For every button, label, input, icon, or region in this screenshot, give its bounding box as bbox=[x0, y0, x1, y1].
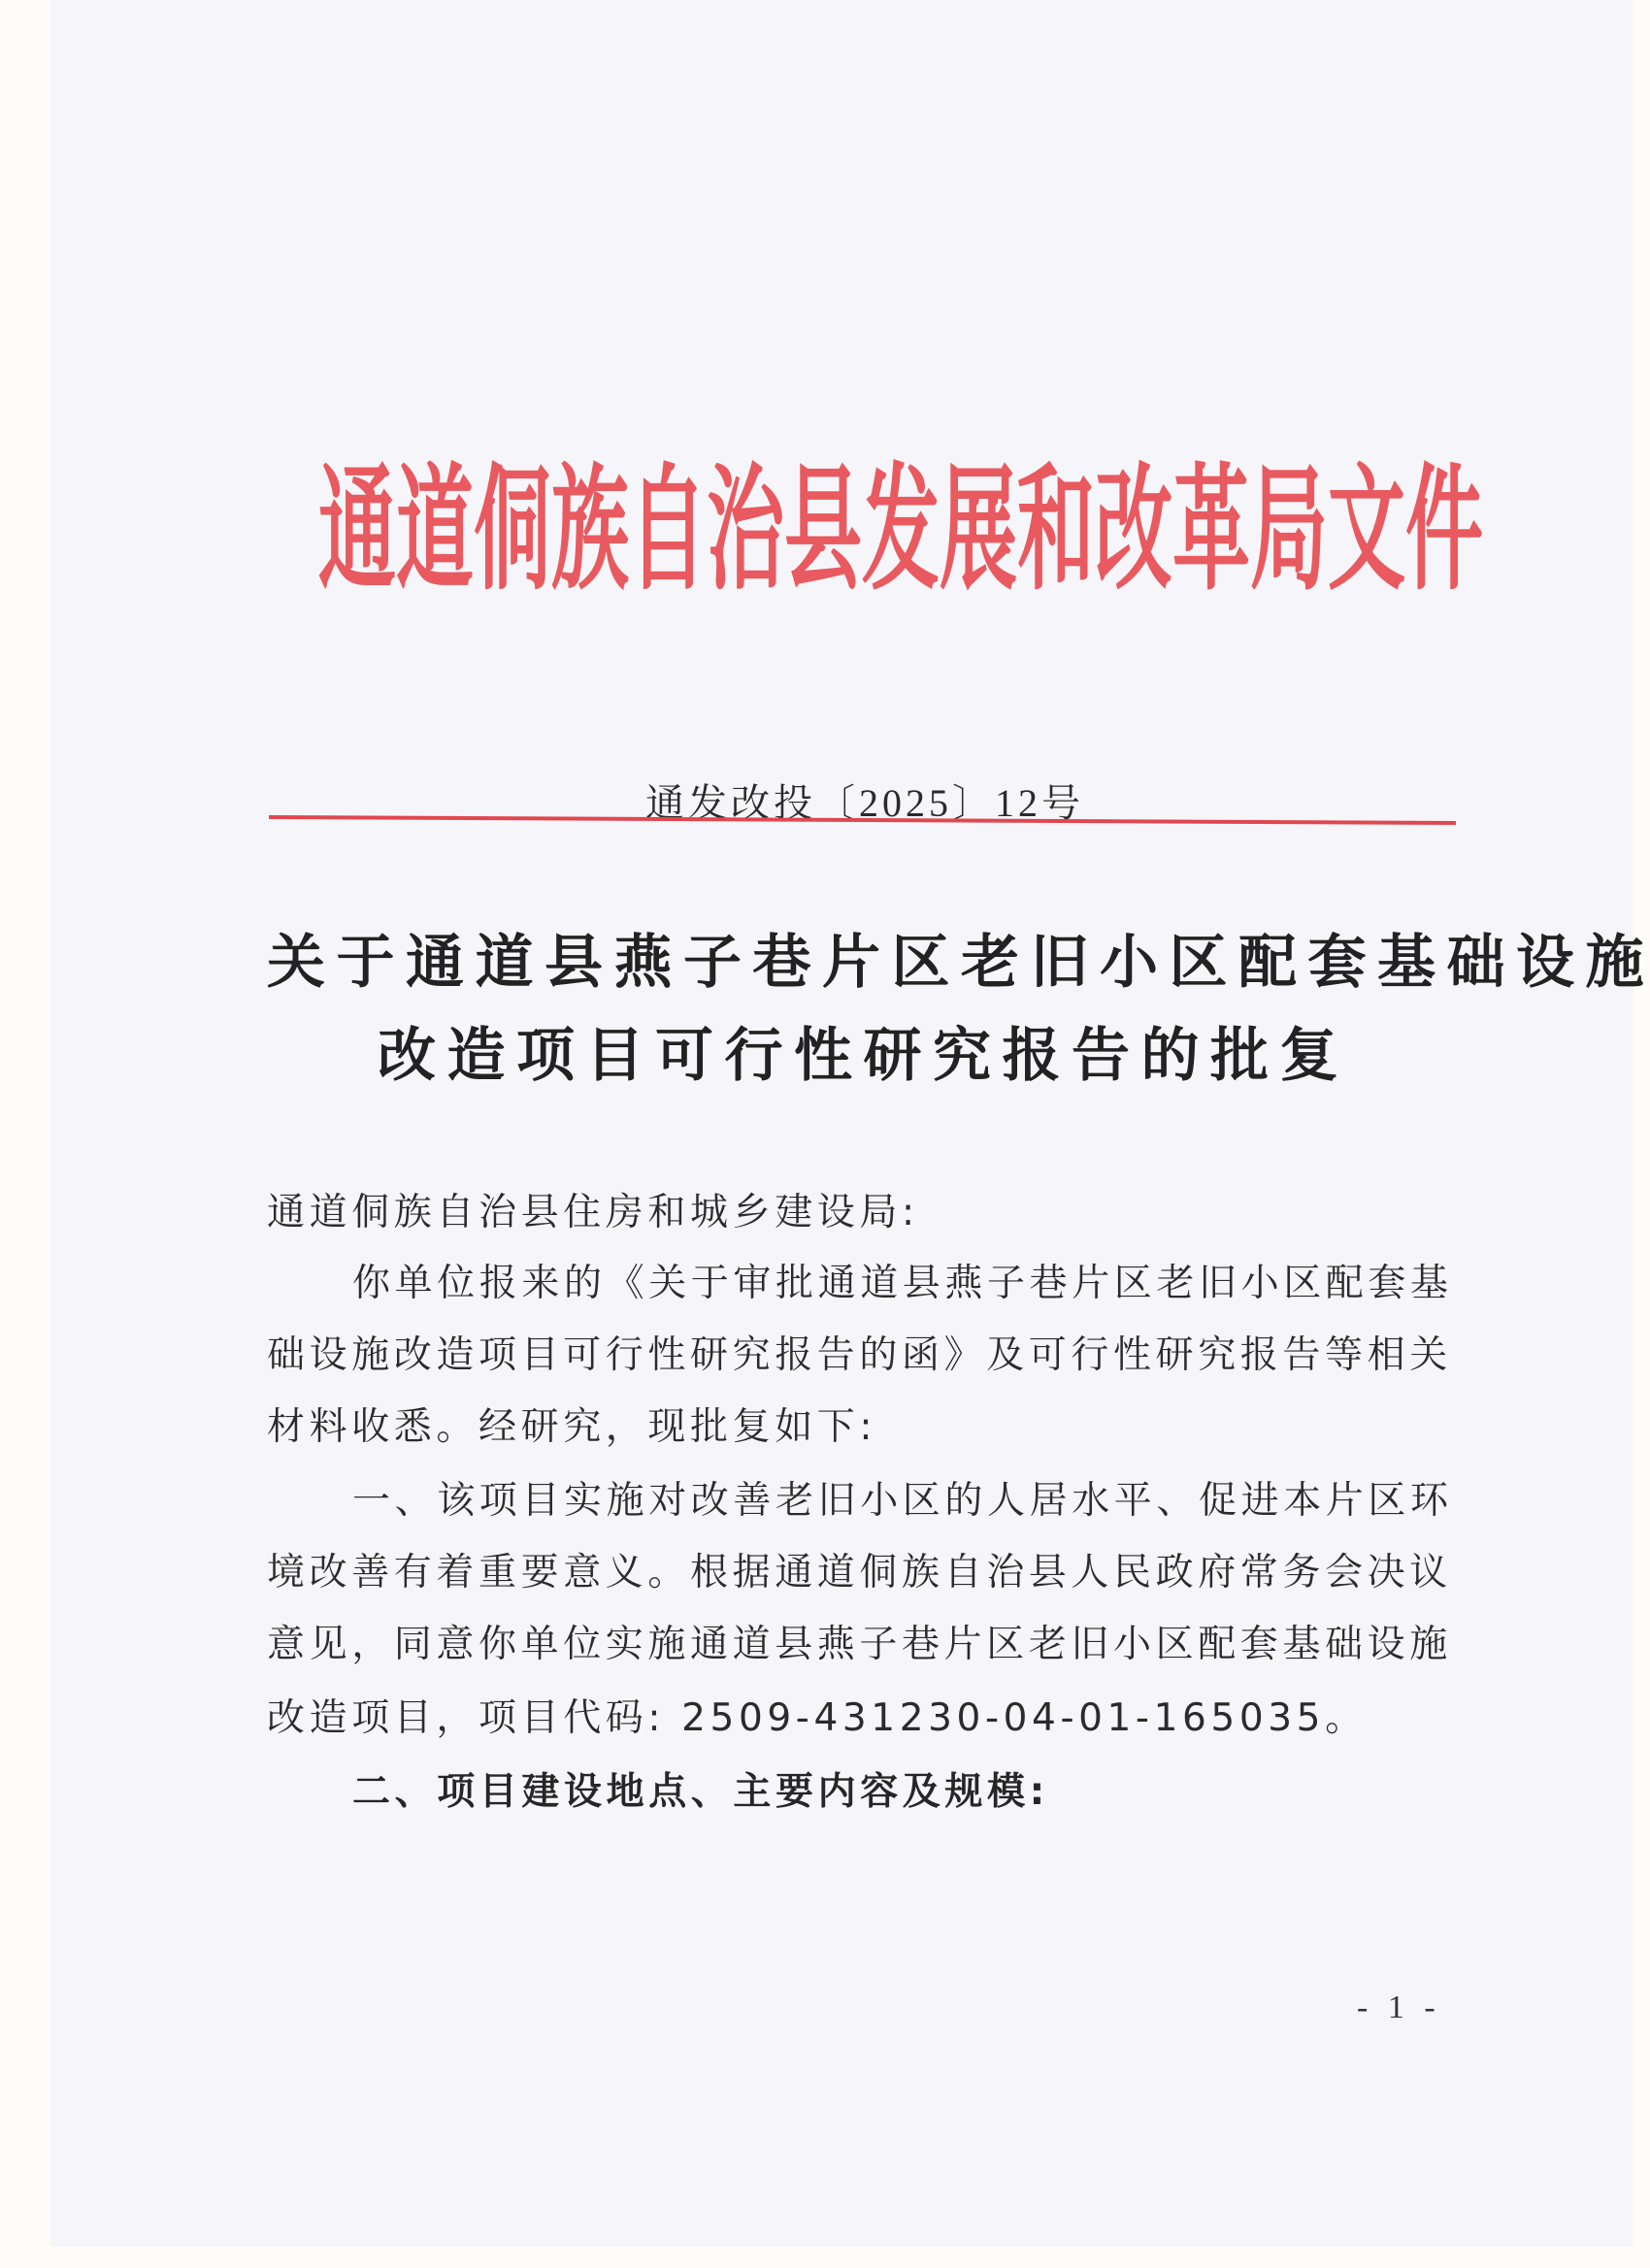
masthead-char: 道 bbox=[396, 461, 474, 597]
masthead-char: 改 bbox=[1095, 461, 1172, 597]
masthead-char: 局 bbox=[1250, 461, 1328, 597]
addressee: 通道侗族自治县住房和城乡建设局: bbox=[267, 1194, 1461, 1232]
page-number: - 1 - bbox=[1357, 1989, 1441, 2026]
masthead-char: 文 bbox=[1328, 461, 1405, 597]
document-title-line-2: 改造项目可行性研究报告的批复 bbox=[267, 1027, 1460, 1085]
body-line: 材料收悉。经研究，现批复如下: bbox=[267, 1408, 1461, 1446]
body-line-project-code: 改造项目，项目代码: 2509-431230-04-01-165035。 bbox=[267, 1699, 1461, 1737]
masthead-char: 侗 bbox=[474, 461, 551, 597]
body-line: 你单位报来的《关于审批通道县燕子巷片区老旧小区配套基 bbox=[267, 1265, 1546, 1302]
masthead-char: 族 bbox=[551, 461, 629, 597]
masthead-title: 通 道 侗 族 自 治 县 发 展 和 改 革 局 文 件 bbox=[318, 451, 1425, 607]
masthead-char: 县 bbox=[784, 461, 862, 597]
masthead-char: 件 bbox=[1405, 461, 1483, 597]
document-page bbox=[50, 0, 1633, 2247]
body-line: 境改善有着重要意义。根据通道侗族自治县人民政府常务会决议 bbox=[267, 1554, 1461, 1592]
body-line: 一、该项目实施对改善老旧小区的人居水平、促进本片区环 bbox=[267, 1482, 1546, 1520]
masthead-char: 治 bbox=[707, 461, 784, 597]
masthead-char: 展 bbox=[940, 461, 1017, 597]
masthead-char: 和 bbox=[1017, 461, 1095, 597]
document-title-line-1: 关于通道县燕子巷片区老旧小区配套基础设施 bbox=[267, 934, 1460, 992]
body-line: 础设施改造项目可行性研究报告的函》及可行性研究报告等相关 bbox=[267, 1336, 1461, 1374]
masthead-char: 革 bbox=[1172, 461, 1250, 597]
masthead-char: 通 bbox=[318, 461, 396, 597]
section-heading: 二、项目建设地点、主要内容及规模: bbox=[267, 1773, 1546, 1811]
masthead-char: 发 bbox=[862, 461, 940, 597]
body-line: 意见，同意你单位实施通道县燕子巷片区老旧小区配套基础设施 bbox=[267, 1626, 1461, 1663]
masthead-char: 自 bbox=[629, 461, 707, 597]
